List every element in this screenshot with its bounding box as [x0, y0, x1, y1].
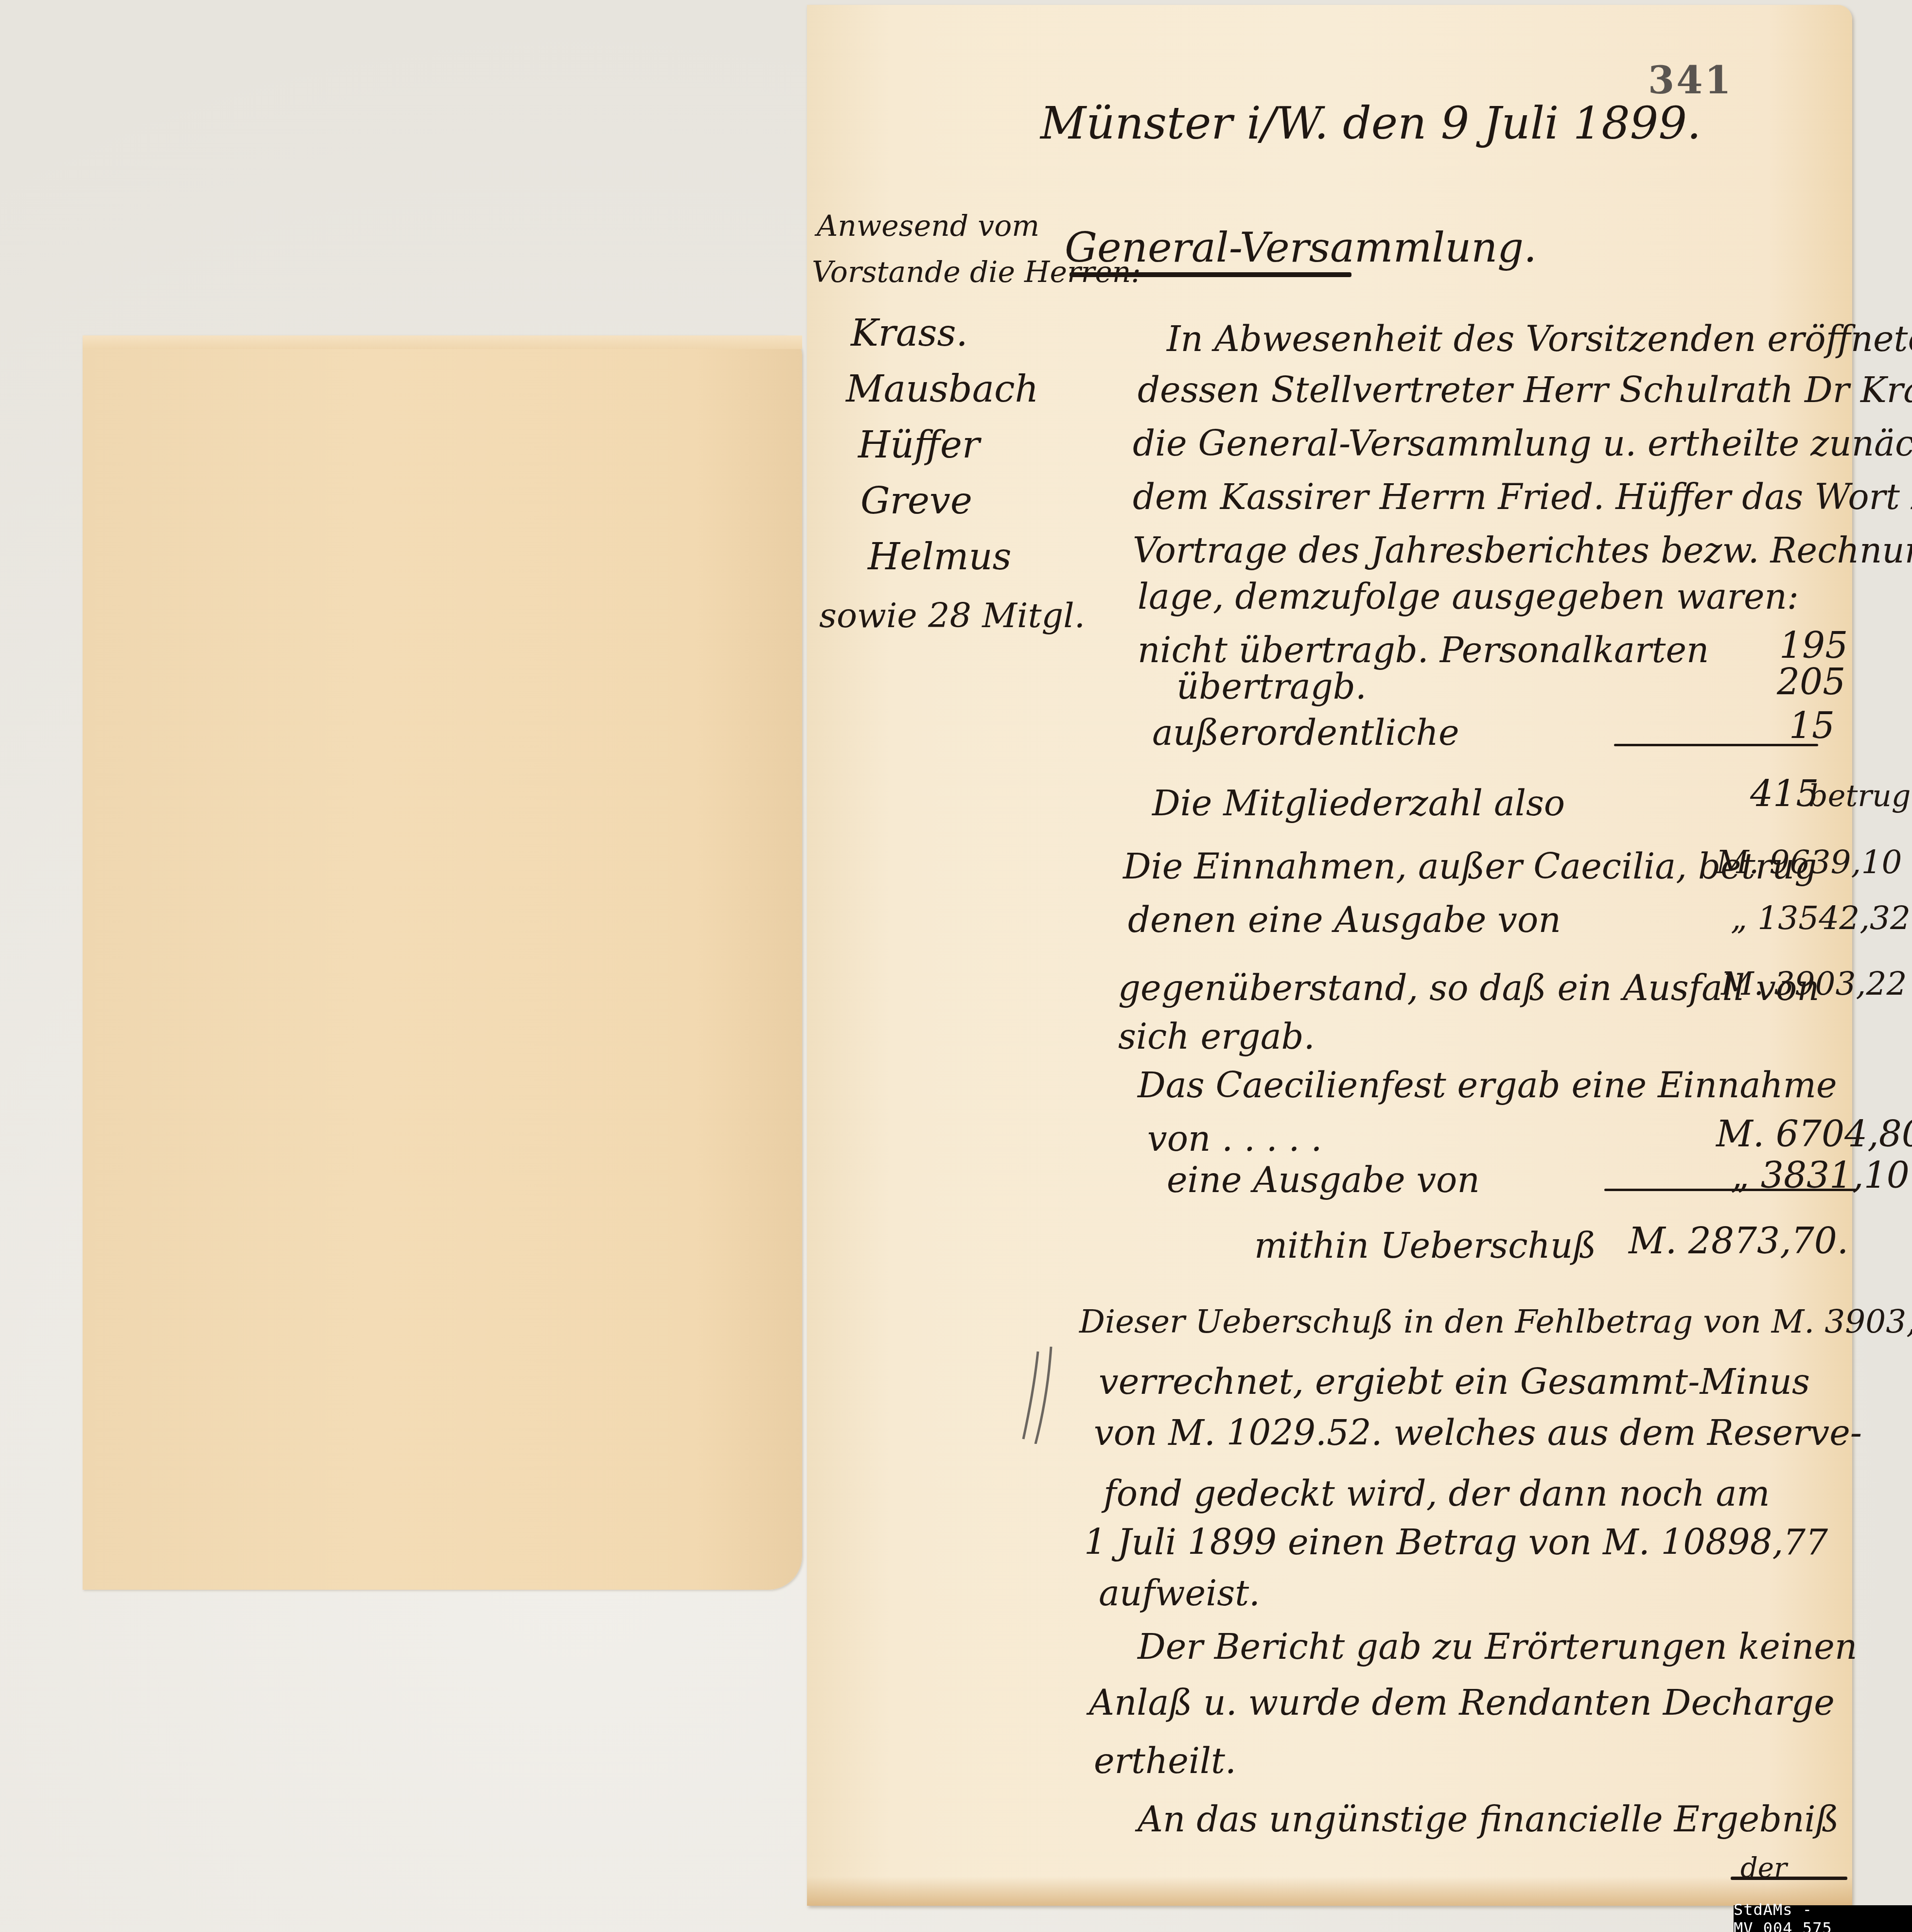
- card-count-value: 205: [1777, 661, 1845, 703]
- closing-line: von M. 1029.52. welches aus dem Reserve-: [1094, 1412, 1862, 1453]
- closing-line: Dieser Ueberschuß in den Fehlbetrag von …: [1079, 1303, 1912, 1340]
- body-line: dessen Stellvertreter Herr Schulrath Dr …: [1138, 369, 1912, 410]
- margin-note-line: sowie 28 Mitgl.: [819, 596, 1085, 635]
- closing-line: Anlaß u. wurde dem Rendanten Decharge: [1089, 1682, 1835, 1723]
- page-number-stamp: 341: [1648, 58, 1733, 103]
- caecilia-surplus: M. 2873,70.: [1629, 1220, 1848, 1262]
- closing-line: An das ungünstige financielle Ergebniß: [1138, 1799, 1839, 1840]
- caecilia-income-label: von . . . . .: [1147, 1118, 1322, 1159]
- finance-line-text: sich ergab.: [1118, 1016, 1315, 1057]
- body-line: Vortrage des Jahresberichtes bezw. Rechn…: [1133, 530, 1912, 571]
- sum-line: [1604, 1189, 1857, 1191]
- body-line: lage, demzufolge ausgegeben waren:: [1138, 576, 1799, 617]
- members-suffix: betrug.: [1808, 778, 1912, 813]
- closing-line: ertheilt.: [1094, 1740, 1236, 1781]
- card-count-value: 195: [1779, 625, 1848, 667]
- finance-amount: „ 13542,32: [1731, 899, 1911, 937]
- finance-amount: M. 9639,10: [1716, 843, 1902, 881]
- margin-note-member: Mausbach: [846, 367, 1039, 410]
- members-label: Die Mitgliederzahl also: [1152, 783, 1565, 824]
- closing-line: fond gedeckt wird, der dann noch am: [1104, 1473, 1770, 1514]
- end-line: [1731, 1877, 1847, 1880]
- card-type-label: nicht übertragb. Personalkarten: [1138, 630, 1709, 670]
- ledger-page: [807, 5, 1852, 1906]
- body-line: In Abwesenheit des Vorsitzenden eröffnet…: [1167, 318, 1912, 359]
- closing-line: Der Bericht gab zu Erörterungen keinen: [1138, 1626, 1857, 1667]
- sum-line: [1614, 744, 1818, 746]
- finance-line-text: denen eine Ausgabe von: [1128, 899, 1561, 940]
- pencil-margin-mark-icon: [1021, 1347, 1055, 1444]
- blank-inserted-sheet: [83, 335, 802, 1590]
- closing-line: aufweist.: [1099, 1573, 1260, 1614]
- caecilia-expense-label: eine Ausgabe von: [1167, 1159, 1480, 1200]
- margin-note-member: Krass.: [851, 311, 968, 354]
- archive-label: StdAMs - MV_004_575: [1734, 1905, 1912, 1932]
- caecilia-surplus-label: mithin Ueberschuß: [1254, 1225, 1596, 1266]
- margin-note-member: Hüffer: [858, 423, 980, 466]
- caecilia-income: M. 6704,80.: [1716, 1113, 1912, 1155]
- caecilia-intro: Das Caecilienfest ergab eine Einnahme: [1138, 1065, 1837, 1106]
- place-date-line: Münster i/W. den 9 Juli 1899.: [1040, 97, 1701, 149]
- closing-line: verrechnet, ergiebt ein Gesammt-Minus: [1099, 1361, 1810, 1402]
- margin-note-line: Anwesend vom: [817, 209, 1039, 243]
- margin-note-member: Helmus: [868, 535, 1012, 578]
- margin-note-line: Vorstande die Herren:: [812, 255, 1141, 289]
- margin-note-member: Greve: [860, 479, 972, 522]
- card-type-label: außerordentliche: [1152, 712, 1459, 753]
- body-line: dem Kassirer Herrn Fried. Hüffer das Wor…: [1133, 476, 1912, 517]
- card-count-value: 15: [1789, 705, 1835, 747]
- card-type-label: übertragb.: [1176, 666, 1367, 707]
- finance-line-text: gegenüberstand, so daß ein Ausfall von: [1118, 967, 1820, 1008]
- finance-amount: M. 3903,22: [1721, 965, 1907, 1002]
- closing-line: 1 Juli 1899 einen Betrag von M. 10898,77: [1084, 1522, 1828, 1563]
- finance-line-text: Die Einnahmen, außer Caecilia, betrug: [1123, 846, 1817, 887]
- body-line: die General-Versammlung u. ertheilte zun…: [1133, 423, 1912, 464]
